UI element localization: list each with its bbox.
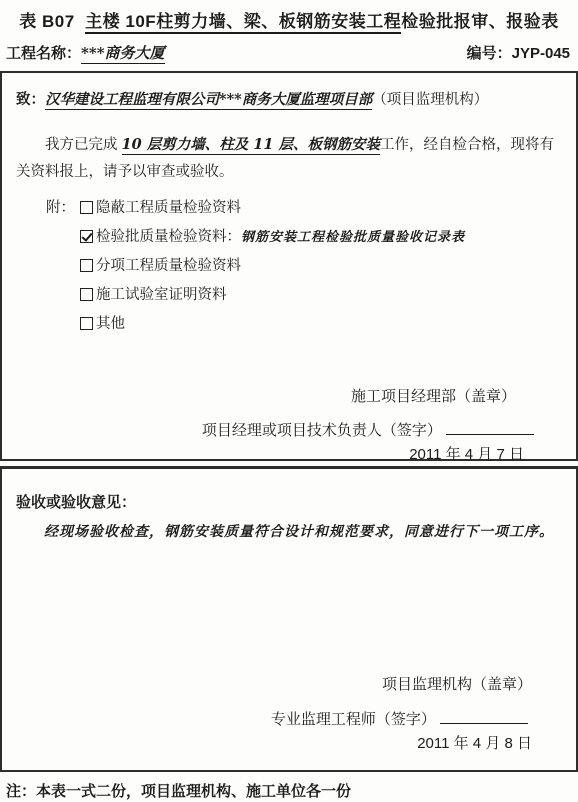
to-suffix: （项目监理机构） xyxy=(372,92,488,108)
project-name-value: ***商务大厦 xyxy=(81,44,165,64)
checkbox-icon[interactable] xyxy=(80,259,93,272)
attachment-item-label: 隐蔽工程质量检验资料 xyxy=(96,200,241,216)
body-blank: 10 层剪力墙、柱及 11 层、板钢筋安装 xyxy=(122,136,381,155)
supervisor-date: 2011 年 4 月 8 日 xyxy=(16,732,562,753)
attachment-item-label: 检验批质量检验资料： xyxy=(96,229,241,245)
attachment-item: 检验批质量检验资料：钢筋安装工程检验批质量验收记录表 xyxy=(80,223,562,252)
doc-number-label: 编号： xyxy=(467,45,512,62)
contractor-sign-line: 项目经理或项目技术负责人（签字） xyxy=(16,419,562,440)
attachment-list: 隐蔽工程质量检验资料 检验批质量检验资料：钢筋安装工程检验批质量验收记录表 分项… xyxy=(80,194,562,339)
checkbox-icon[interactable] xyxy=(80,288,93,301)
checkbox-icon[interactable] xyxy=(80,201,93,214)
attachment-item-label: 其他 xyxy=(96,316,125,332)
attachment-item: 分项工程质量检验资料 xyxy=(80,252,562,281)
attachment-item-note: 钢筋安装工程检验批质量验收记录表 xyxy=(241,230,465,245)
footer-note: 注：本表一式二份，项目监理机构、施工单位各一份 xyxy=(0,780,578,801)
application-body: 我方已完成 10 层剪力墙、柱及 11 层、板钢筋安装工作，经自检合格，现将有关… xyxy=(16,131,562,186)
checkbox-icon[interactable] xyxy=(80,230,93,243)
review-comment: 经现场验收检查，钢筋安装质量符合设计和规范要求，同意进行下一项工序。 xyxy=(44,521,562,541)
review-section: 验收或验收意见： 经现场验收检查，钢筋安装质量符合设计和规范要求，同意进行下一项… xyxy=(0,466,578,772)
doc-number-value: JYP-045 xyxy=(512,45,570,62)
body-prefix: 我方已完成 xyxy=(45,137,122,153)
supervisor-sign-line: 专业监理工程师（签字） xyxy=(16,708,562,729)
doc-number-group: 编号：JYP-045 xyxy=(467,42,570,63)
application-section: 致：汉华建设工程监理有限公司***商务大厦监理项目部（项目监理机构） 我方已完成… xyxy=(0,71,578,461)
attachment-item: 隐蔽工程质量检验资料 xyxy=(80,194,562,223)
title-suffix: 检验批报审、报验表 xyxy=(401,12,559,31)
contractor-sign-label: 项目经理或项目技术负责人（签字） xyxy=(202,422,442,439)
attachment-item: 施工试验室证明资料 xyxy=(80,281,562,310)
review-title: 验收或验收意见： xyxy=(16,491,562,512)
supervisor-stamp-line: 项目监理机构（盖章） xyxy=(16,673,562,694)
attachment-item: 其他 xyxy=(80,310,562,339)
project-name-label: 工程名称： xyxy=(6,45,81,62)
attachment-block: 附： 隐蔽工程质量检验资料 检验批质量检验资料：钢筋安装工程检验批质量验收记录表… xyxy=(46,194,562,339)
attachment-item-label: 分项工程质量检验资料 xyxy=(96,258,241,274)
supervisor-sign-label: 专业监理工程师（签字） xyxy=(271,711,436,728)
attachment-label: 附： xyxy=(46,194,80,339)
project-name-group: 工程名称：***商务大厦 xyxy=(6,42,165,63)
to-label: 致： xyxy=(16,92,45,108)
contractor-signature-blank[interactable] xyxy=(446,420,534,435)
meta-row: 工程名称：***商务大厦 编号：JYP-045 xyxy=(0,42,578,63)
supervisor-signature-blank[interactable] xyxy=(440,709,528,724)
to-value: 汉华建设工程监理有限公司***商务大厦监理项目部 xyxy=(45,91,372,110)
attachment-item-label: 施工试验室证明资料 xyxy=(96,287,227,303)
contractor-date: 2011 年 4 月 7 日 xyxy=(16,443,562,464)
form-page: 表 B07 主楼 10F柱剪力墙、梁、板钢筋安装工程检验批报审、报验表 工程名称… xyxy=(0,0,578,802)
page-title: 表 B07 主楼 10F柱剪力墙、梁、板钢筋安装工程检验批报审、报验表 xyxy=(0,0,578,32)
to-line: 致：汉华建设工程监理有限公司***商务大厦监理项目部（项目监理机构） xyxy=(16,89,562,111)
contractor-stamp-line: 施工项目经理部（盖章） xyxy=(16,385,562,406)
title-blank: 主楼 10F柱剪力墙、梁、板钢筋安装工程 xyxy=(85,12,401,34)
title-prefix: 表 B07 xyxy=(19,12,74,31)
checkbox-icon[interactable] xyxy=(80,317,93,330)
